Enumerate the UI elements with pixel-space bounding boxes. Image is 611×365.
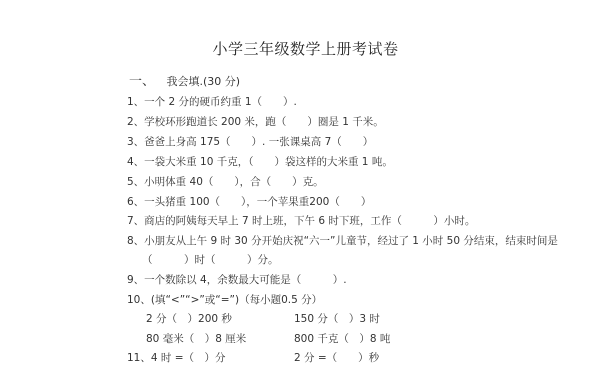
question-7: 7、商店的阿姨每天早上 7 时上班，下午 6 时下班，工作（ ）小时。 — [127, 213, 475, 228]
question-8-continued: （ ）时（ ）分。 — [142, 252, 279, 267]
q10-item-4: 800 千克（ ）8 吨 — [294, 331, 390, 346]
section-heading: 一、 我会填.(30 分) — [129, 70, 240, 89]
question-4: 4、一袋大米重 10 千克，（ ）袋这样的大米重 1 吨。 — [127, 154, 393, 169]
section-label: 我会填.(30 分) — [167, 75, 241, 88]
q10-item-3: 80 毫米（ ）8 厘米 — [146, 331, 246, 346]
question-1: 1、一个 2 分的硬币约重 1（ ）. — [127, 94, 297, 109]
q10-item-2: 150 分（ ）3 时 — [294, 311, 380, 326]
question-2: 2、学校环形跑道长 200 米，跑（ ）圈是 1 千米。 — [127, 114, 384, 129]
q10-item-1: 2 分（ ）200 秒 — [146, 311, 232, 326]
page-title: 小学三年级数学上册考试卷 — [0, 38, 611, 59]
question-10: 10、(填“<”“>”或“=”)（每小题0.5 分） — [127, 292, 322, 307]
question-11-left: 11、4 时 =（ ）分 — [127, 350, 226, 365]
question-11-right: 2 分 =（ ）秒 — [294, 350, 379, 365]
question-5: 5、小明体重 40（ ），合（ ）克。 — [127, 174, 324, 189]
section-number: 一、 — [129, 74, 155, 89]
question-3: 3、爸爸上身高 175（ ）. 一张课桌高 7（ ） — [127, 134, 373, 149]
question-6: 6、一头猪重 100（ ），一个苹果重200（ ） — [127, 194, 371, 209]
question-8: 8、小朋友从上午 9 时 30 分开始庆祝“六一”儿童节，经过了 1 小时 50… — [127, 233, 558, 248]
question-9: 9、一个数除以 4，余数最大可能是（ ）. — [127, 272, 347, 287]
